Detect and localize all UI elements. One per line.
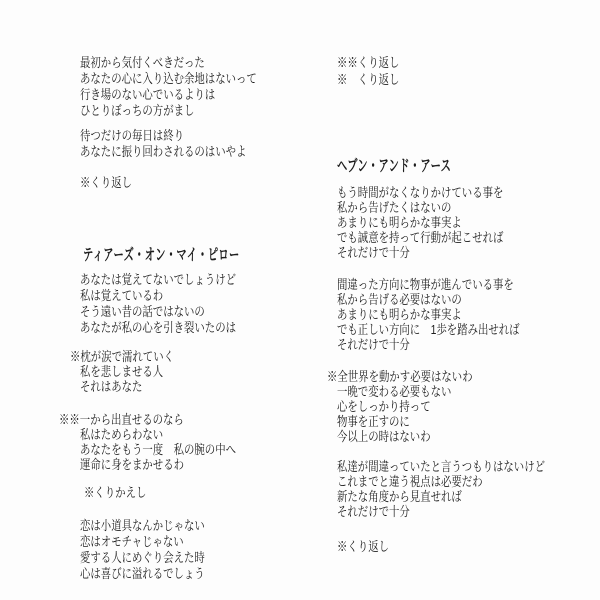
- lyric-line: そう遠い昔の話ではないの: [80, 304, 236, 320]
- lyric-line: 私は覚えているわ: [80, 288, 236, 304]
- refrain-marked-line: ※※一から出直せるのなら: [59, 412, 232, 427]
- lyric-line: それはあなた: [80, 379, 176, 394]
- lyric-line: 私達が間違っていたと言うつもりはないけど: [337, 459, 545, 474]
- lyric-line: 恋はオモチャじゃない: [80, 534, 205, 550]
- lyric-line: 愛する人にめぐり会えた時: [80, 550, 205, 566]
- lyric-line: 恋は小道具なんかじゃない: [80, 518, 205, 534]
- song2-stanza-3-refrain: ※※一から出直せるのなら 私はためらわない あなたをもう一度 私の腕の中へ 運命…: [80, 412, 275, 472]
- lyric-line: 私から告げる必要はないの: [337, 292, 520, 307]
- lyric-line: あなたをもう一度 私の腕の中へ: [80, 442, 236, 457]
- song-title-tears-on-my-pillow: ティアーズ・オン・マイ・ピロー: [83, 242, 240, 265]
- song1-stanza-2: 待つだけの毎日は終り あなたに振り回わされるのはいやよ: [80, 128, 288, 160]
- lyric-line: あなたは覚えてないでしょうけど: [80, 272, 236, 288]
- song2-stanza-2-refrain: ※枕が涙で濡れていく 私を悲しませる人 それはあなた: [80, 349, 200, 394]
- song3-refrain-mark: ※くり返し: [337, 539, 402, 554]
- song-title-heaven-and-earth: ヘブン・アンド・アース: [337, 153, 451, 176]
- lyric-line: 心は喜びに溢れるでしょう: [80, 566, 205, 582]
- refrain-marked-line: ※枕が涙で濡れていく: [70, 349, 174, 364]
- song1-refrain-mark: ※くり返し: [80, 175, 145, 191]
- lyric-line: 運命に身をまかせるわ: [80, 457, 236, 472]
- lyric-line: もう時間がなくなりかけている事を: [337, 185, 503, 200]
- lyric-line: あなたの心に入り込む余地はないって: [80, 71, 257, 87]
- lyric-line: 物事を正すのに: [337, 414, 474, 429]
- lyric-line: それだけで十分: [337, 337, 520, 352]
- lyric-line: 私はためらわない: [80, 427, 236, 442]
- lyric-line: 私を悲しませる人: [80, 364, 176, 379]
- song1-stanza-1: 最初から気付くべきだった あなたの心に入り込む余地はないって 行き場のない心でい…: [80, 55, 301, 119]
- lyric-line: でも正しい方向に 1歩を踏み出せれば: [337, 322, 520, 337]
- song2-stanza-5: 恋は小道具なんかじゃない 恋はオモチャじゃない 愛する人にめぐり会えた時 心は喜…: [80, 518, 236, 582]
- refrain-mark-line: ※ くり返し: [337, 72, 399, 89]
- lyric-line: あなたが私の心を引き裂いたのは: [80, 320, 236, 336]
- lyrics-page: 最初から気付くべきだった あなたの心に入り込む余地はないって 行き場のない心でい…: [0, 0, 600, 600]
- song3-stanza-3-refrain: ※全世界を動かす必要はないわ 一晩で変わる必要もない 心をしっかり持って 物事を…: [337, 369, 509, 444]
- refrain-mark-line: ※くり返し: [80, 175, 132, 191]
- lyric-line: 間違った方向に物事が進んでいる事を: [337, 277, 520, 292]
- lyric-line: 最初から気付くべきだった: [80, 55, 257, 71]
- lyric-line: あまりにも明らかな事実よ: [337, 215, 503, 230]
- lyric-line: 私から告げたくはないの: [337, 200, 503, 215]
- song3-stanza-1: もう時間がなくなりかけている事を 私から告げたくはないの あまりにも明らかな事実…: [337, 185, 545, 260]
- refrain-mark-line: ※くり返し: [337, 539, 389, 554]
- song3-stanza-4: 私達が間違っていたと言うつもりはないけど これまでと違う視点は必要だわ 新たな角…: [337, 459, 597, 519]
- lyric-line: 待つだけの毎日は終り: [80, 128, 246, 144]
- lyric-line: それだけで十分: [337, 504, 545, 519]
- lyric-line: 心をしっかり持って: [337, 399, 474, 414]
- refrain-marked-line: ※全世界を動かす必要はないわ: [327, 369, 473, 384]
- song3-stanza-2: 間違った方向に物事が進んでいる事を 私から告げる必要はないの あまりにも明らかな…: [337, 277, 565, 352]
- refrain-mark-line: ※※くり返し: [337, 55, 399, 72]
- song2-refrain-mark: ※くりかえし: [80, 485, 162, 500]
- lyric-line: 行き場のない心でいるよりは: [80, 87, 257, 103]
- lyric-line: でも誠意を持って行動が起こせれば: [337, 230, 503, 245]
- lyric-line: 今以上の時はないわ: [337, 429, 474, 444]
- lyric-line: 新たな角度から見直せれば: [337, 489, 545, 504]
- lyric-line: 一晩で変わる必要もない: [337, 384, 474, 399]
- lyric-line: それだけで十分: [337, 245, 503, 260]
- refrain-mark-line: ※くりかえし: [84, 485, 146, 500]
- lyric-line: あまりにも明らかな事実よ: [337, 307, 520, 322]
- song2-closing-refrain-marks: ※※くり返し ※ くり返し: [337, 55, 415, 88]
- lyric-line: あなたに振り回わされるのはいやよ: [80, 144, 246, 160]
- song2-stanza-1: あなたは覚えてないでしょうけど 私は覚えているわ そう遠い昔の話ではないの あな…: [80, 272, 275, 336]
- lyric-line: これまでと違う視点は必要だわ: [337, 474, 545, 489]
- lyric-line: ひとりぼっちの方がまし: [80, 103, 257, 119]
